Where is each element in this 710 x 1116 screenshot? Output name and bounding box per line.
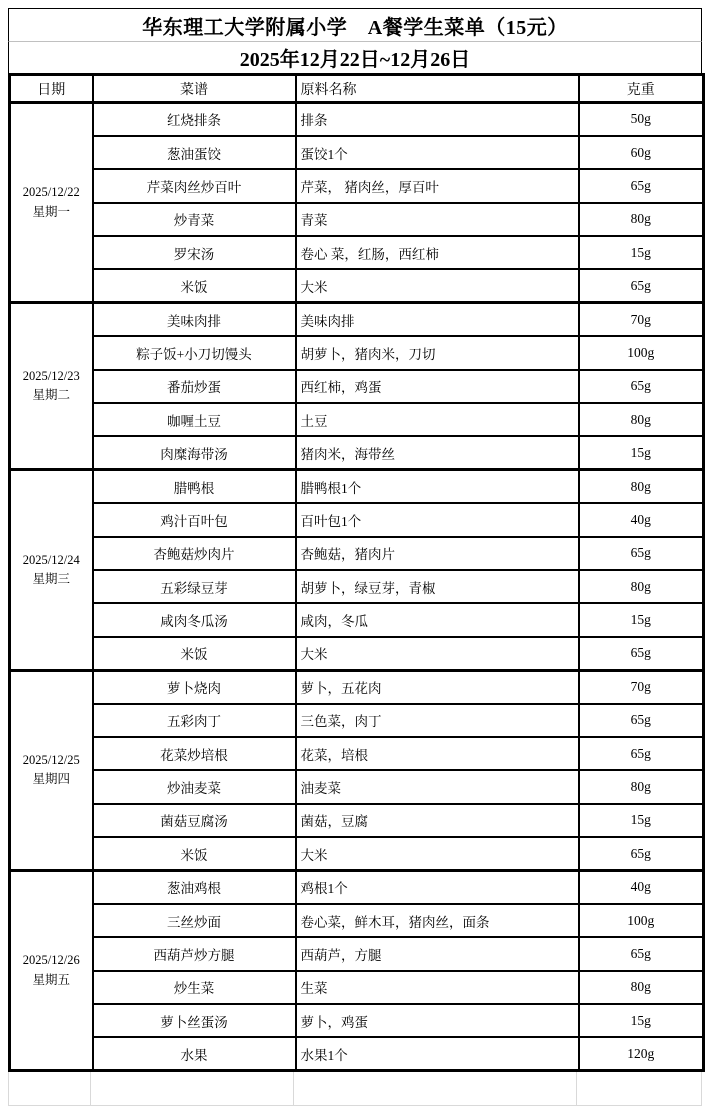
date-cell: 2025/12/22星期一	[10, 103, 93, 303]
ingredients: 水果1个	[296, 1037, 579, 1070]
menu-row: 菌菇豆腐汤 菌菇，豆腐 15g	[10, 804, 704, 837]
weekday-value: 星期一	[11, 203, 92, 222]
weight: 15g	[579, 603, 704, 636]
ingredients: 百叶包1个	[296, 503, 579, 536]
ingredients: 猪肉米，海带丝	[296, 436, 579, 469]
menu-row: 五彩绿豆芽 胡萝卜，绿豆芽，青椒 80g	[10, 570, 704, 603]
dish-name: 美味肉排	[93, 303, 296, 336]
menu-row: 2025/12/26星期五葱油鸡根 鸡根1个 40g	[10, 870, 704, 903]
weight: 80g	[579, 971, 704, 1004]
menu-row: 杏鲍菇炒肉片 杏鲍菇，猪肉片 65g	[10, 537, 704, 570]
ingredients: 大米	[296, 837, 579, 870]
dish-name: 花菜炒培根	[93, 737, 296, 770]
dish-name: 鸡汁百叶包	[93, 503, 296, 536]
weight: 60g	[579, 136, 704, 169]
ingredients: 胡萝卜，绿豆芽，青椒	[296, 570, 579, 603]
dish-name: 炒油麦菜	[93, 770, 296, 803]
weight: 65g	[579, 637, 704, 670]
date-range-subtitle: 2025年12月22日~12月26日	[8, 41, 702, 73]
ingredients: 美味肉排	[296, 303, 579, 336]
ingredients: 杏鲍菇，猪肉片	[296, 537, 579, 570]
dish-name: 粽子饭+小刀切馒头	[93, 336, 296, 369]
date-cell: 2025/12/25星期四	[10, 670, 93, 870]
menu-row: 炒生菜 生菜 80g	[10, 971, 704, 1004]
ingredients: 西葫芦，方腿	[296, 937, 579, 970]
dish-name: 五彩绿豆芽	[93, 570, 296, 603]
dish-name: 萝卜丝蛋汤	[93, 1004, 296, 1037]
header-row: 日期 菜谱 原料名称 克重	[10, 75, 704, 103]
ingredients: 芹菜， 猪肉丝，厚百叶	[296, 169, 579, 202]
menu-row: 粽子饭+小刀切馒头 胡萝卜，猪肉米，刀切 100g	[10, 336, 704, 369]
menu-row: 花菜炒培根 花菜，培根 65g	[10, 737, 704, 770]
dish-name: 炒青菜	[93, 203, 296, 236]
dish-name: 菌菇豆腐汤	[93, 804, 296, 837]
ingredients: 菌菇，豆腐	[296, 804, 579, 837]
menu-row: 五彩肉丁 三色菜，肉丁 65g	[10, 704, 704, 737]
date-value: 2025/12/26	[11, 951, 92, 970]
menu-row: 西葫芦炒方腿 西葫芦，方腿 65g	[10, 937, 704, 970]
weight: 65g	[579, 370, 704, 403]
ingredients: 卷心 菜，红肠，西红柿	[296, 236, 579, 269]
menu-table: 日期 菜谱 原料名称 克重 2025/12/22星期一红烧排条 排条 50g 葱…	[8, 73, 705, 1072]
ingredients: 西红柿，鸡蛋	[296, 370, 579, 403]
weight: 100g	[579, 904, 704, 937]
ingredients: 青菜	[296, 203, 579, 236]
column-header-weight: 克重	[579, 75, 704, 103]
dish-name: 五彩肉丁	[93, 704, 296, 737]
weekday-value: 星期二	[11, 386, 92, 405]
menu-row: 2025/12/24星期三腊鸭根 腊鸭根1个 80g	[10, 470, 704, 503]
ingredients: 生菜	[296, 971, 579, 1004]
dish-name: 番茄炒蛋	[93, 370, 296, 403]
dish-name: 萝卜烧肉	[93, 670, 296, 703]
weekday-value: 星期三	[11, 570, 92, 589]
date-value: 2025/12/22	[11, 183, 92, 202]
weight: 70g	[579, 670, 704, 703]
menu-table-header: 日期 菜谱 原料名称 克重	[10, 75, 704, 103]
weight: 120g	[579, 1037, 704, 1070]
date-cell: 2025/12/26星期五	[10, 870, 93, 1070]
menu-table-body: 2025/12/22星期一红烧排条 排条 50g 葱油蛋饺 蛋饺1个 60g 芹…	[10, 103, 704, 1071]
dish-name: 葱油鸡根	[93, 870, 296, 903]
menu-row: 鸡汁百叶包 百叶包1个 40g	[10, 503, 704, 536]
dish-name: 罗宋汤	[93, 236, 296, 269]
empty-grid-cell	[91, 1072, 294, 1106]
menu-row: 葱油蛋饺 蛋饺1个 60g	[10, 136, 704, 169]
dish-name: 西葫芦炒方腿	[93, 937, 296, 970]
dish-name: 芹菜肉丝炒百叶	[93, 169, 296, 202]
dish-name: 水果	[93, 1037, 296, 1070]
menu-row: 三丝炒面 卷心菜，鲜木耳，猪肉丝，面条 100g	[10, 904, 704, 937]
spreadsheet-page: 华东理工大学附属小学 A餐学生菜单（15元） 2025年12月22日~12月26…	[0, 0, 710, 1116]
ingredients: 萝卜，鸡蛋	[296, 1004, 579, 1037]
weight: 15g	[579, 804, 704, 837]
menu-row: 炒青菜 青菜 80g	[10, 203, 704, 236]
menu-row: 炒油麦菜 油麦菜 80g	[10, 770, 704, 803]
weight: 65g	[579, 737, 704, 770]
weight: 15g	[579, 436, 704, 469]
weekday-value: 星期四	[11, 770, 92, 789]
dish-name: 米饭	[93, 837, 296, 870]
weight: 65g	[579, 169, 704, 202]
weight: 65g	[579, 837, 704, 870]
dish-name: 红烧排条	[93, 103, 296, 136]
weight: 65g	[579, 704, 704, 737]
weight: 40g	[579, 503, 704, 536]
menu-row: 咖喱土豆 土豆 80g	[10, 403, 704, 436]
column-header-dish: 菜谱	[93, 75, 296, 103]
empty-grid-cell	[577, 1072, 702, 1106]
ingredients: 胡萝卜，猪肉米，刀切	[296, 336, 579, 369]
menu-row: 2025/12/23星期二美味肉排 美味肉排 70g	[10, 303, 704, 336]
menu-row: 罗宋汤 卷心 菜，红肠，西红柿 15g	[10, 236, 704, 269]
menu-row: 米饭 大米 65g	[10, 837, 704, 870]
spreadsheet-gridlines	[8, 1072, 702, 1106]
menu-row: 番茄炒蛋 西红柿，鸡蛋 65g	[10, 370, 704, 403]
ingredients: 土豆	[296, 403, 579, 436]
dish-name: 肉糜海带汤	[93, 436, 296, 469]
ingredients: 排条	[296, 103, 579, 136]
menu-row: 米饭 大米 65g	[10, 637, 704, 670]
dish-name: 米饭	[93, 269, 296, 302]
weight: 50g	[579, 103, 704, 136]
ingredients: 咸肉，冬瓜	[296, 603, 579, 636]
date-cell: 2025/12/23星期二	[10, 303, 93, 470]
ingredients: 油麦菜	[296, 770, 579, 803]
menu-row: 2025/12/25星期四萝卜烧肉 萝卜，五花肉 70g	[10, 670, 704, 703]
ingredients: 大米	[296, 637, 579, 670]
menu-row: 芹菜肉丝炒百叶 芹菜， 猪肉丝，厚百叶 65g	[10, 169, 704, 202]
ingredients: 蛋饺1个	[296, 136, 579, 169]
weekday-value: 星期五	[11, 971, 92, 990]
dish-name: 腊鸭根	[93, 470, 296, 503]
menu-row: 水果 水果1个 120g	[10, 1037, 704, 1070]
ingredients: 大米	[296, 269, 579, 302]
weight: 80g	[579, 470, 704, 503]
ingredients: 三色菜，肉丁	[296, 704, 579, 737]
dish-name: 葱油蛋饺	[93, 136, 296, 169]
dish-name: 咖喱土豆	[93, 403, 296, 436]
dish-name: 米饭	[93, 637, 296, 670]
date-value: 2025/12/25	[11, 751, 92, 770]
weight: 65g	[579, 537, 704, 570]
dish-name: 炒生菜	[93, 971, 296, 1004]
weight: 65g	[579, 269, 704, 302]
date-value: 2025/12/24	[11, 551, 92, 570]
weight: 80g	[579, 203, 704, 236]
dish-name: 杏鲍菇炒肉片	[93, 537, 296, 570]
dish-name: 三丝炒面	[93, 904, 296, 937]
ingredients: 卷心菜，鲜木耳，猪肉丝，面条	[296, 904, 579, 937]
weight: 100g	[579, 336, 704, 369]
date-value: 2025/12/23	[11, 367, 92, 386]
ingredients: 萝卜，五花肉	[296, 670, 579, 703]
menu-row: 米饭 大米 65g	[10, 269, 704, 302]
dish-name: 咸肉冬瓜汤	[93, 603, 296, 636]
weight: 70g	[579, 303, 704, 336]
ingredients: 鸡根1个	[296, 870, 579, 903]
menu-row: 萝卜丝蛋汤 萝卜，鸡蛋 15g	[10, 1004, 704, 1037]
weight: 15g	[579, 1004, 704, 1037]
column-header-ingredients: 原料名称	[296, 75, 579, 103]
menu-document: 华东理工大学附属小学 A餐学生菜单（15元） 2025年12月22日~12月26…	[8, 8, 702, 1106]
weight: 40g	[579, 870, 704, 903]
weight: 65g	[579, 937, 704, 970]
menu-row: 咸肉冬瓜汤 咸肉，冬瓜 15g	[10, 603, 704, 636]
empty-grid-cell	[294, 1072, 577, 1106]
ingredients: 腊鸭根1个	[296, 470, 579, 503]
weight: 80g	[579, 570, 704, 603]
weight: 15g	[579, 236, 704, 269]
empty-grid-cell	[8, 1072, 91, 1106]
ingredients: 花菜，培根	[296, 737, 579, 770]
menu-row: 肉糜海带汤 猪肉米，海带丝 15g	[10, 436, 704, 469]
column-header-date: 日期	[10, 75, 93, 103]
weight: 80g	[579, 403, 704, 436]
menu-row: 2025/12/22星期一红烧排条 排条 50g	[10, 103, 704, 136]
document-title: 华东理工大学附属小学 A餐学生菜单（15元）	[8, 8, 702, 41]
weight: 80g	[579, 770, 704, 803]
date-cell: 2025/12/24星期三	[10, 470, 93, 670]
